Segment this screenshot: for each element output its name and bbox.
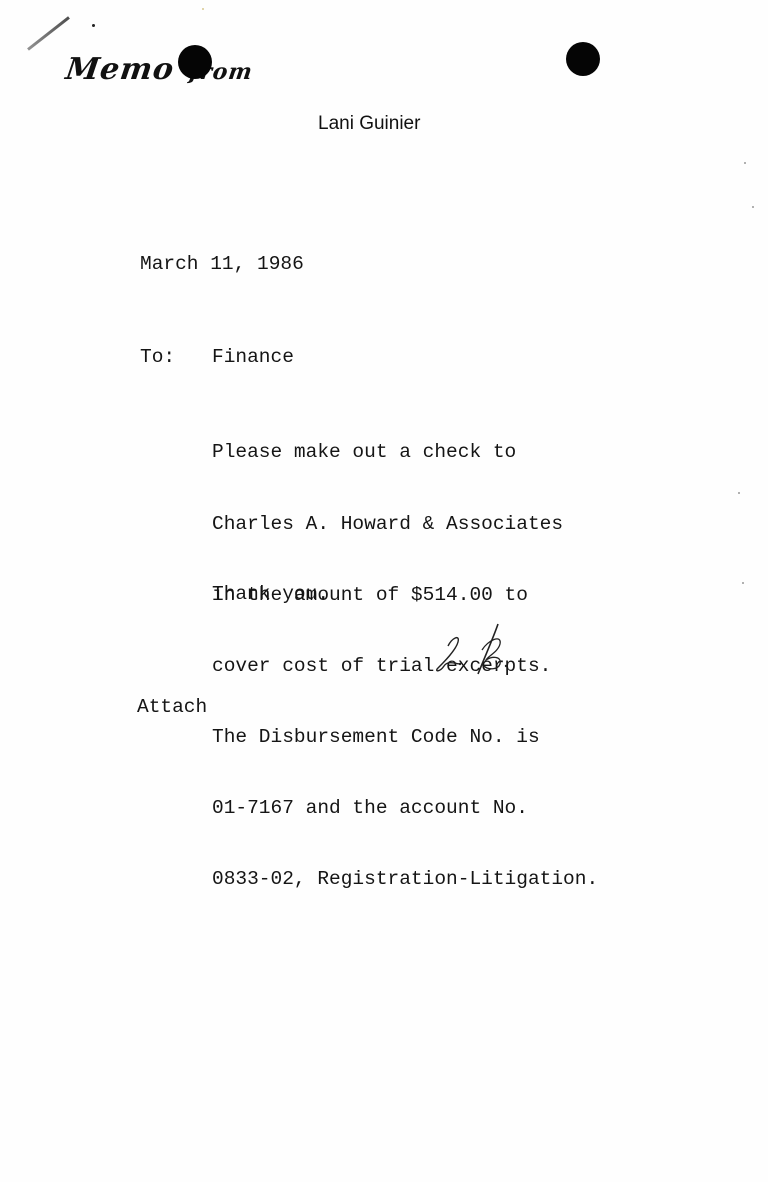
closing: Thank you. (212, 583, 329, 607)
memo-body: Please make out a check to Charles A. Ho… (212, 394, 598, 939)
memo-date: March 11, 1986 (140, 253, 304, 277)
scan-speck (752, 206, 754, 208)
scan-speck (744, 162, 746, 164)
ink-dot (92, 24, 95, 27)
to-label: To: (140, 346, 175, 370)
body-line: Please make out a check to (212, 441, 598, 465)
memo-page: Memo from Lani Guinier March 11, 1986 To… (0, 0, 768, 1182)
signature-initials-icon: L. G. (430, 620, 520, 680)
to-recipient: Finance (212, 346, 294, 370)
body-line: Charles A. Howard & Associates (212, 513, 598, 537)
body-line: 01-7167 and the account No. (212, 797, 598, 821)
body-line: The Disbursement Code No. is (212, 726, 598, 750)
punch-hole-right (566, 42, 600, 76)
scan-speck (202, 8, 204, 10)
body-line: 0833-02, Registration-Litigation. (212, 868, 598, 892)
enclosure-note: Attach (137, 696, 207, 720)
scan-speck (738, 492, 740, 494)
scan-speck (742, 582, 744, 584)
pen-mark (27, 16, 70, 50)
punch-hole-left (178, 45, 212, 79)
memo-word: Memo (64, 52, 177, 87)
memo-letterhead: Memo from (64, 52, 256, 87)
body-line: cover cost of trial excerpts. (212, 655, 598, 679)
sender-name: Lani Guinier (318, 113, 420, 135)
